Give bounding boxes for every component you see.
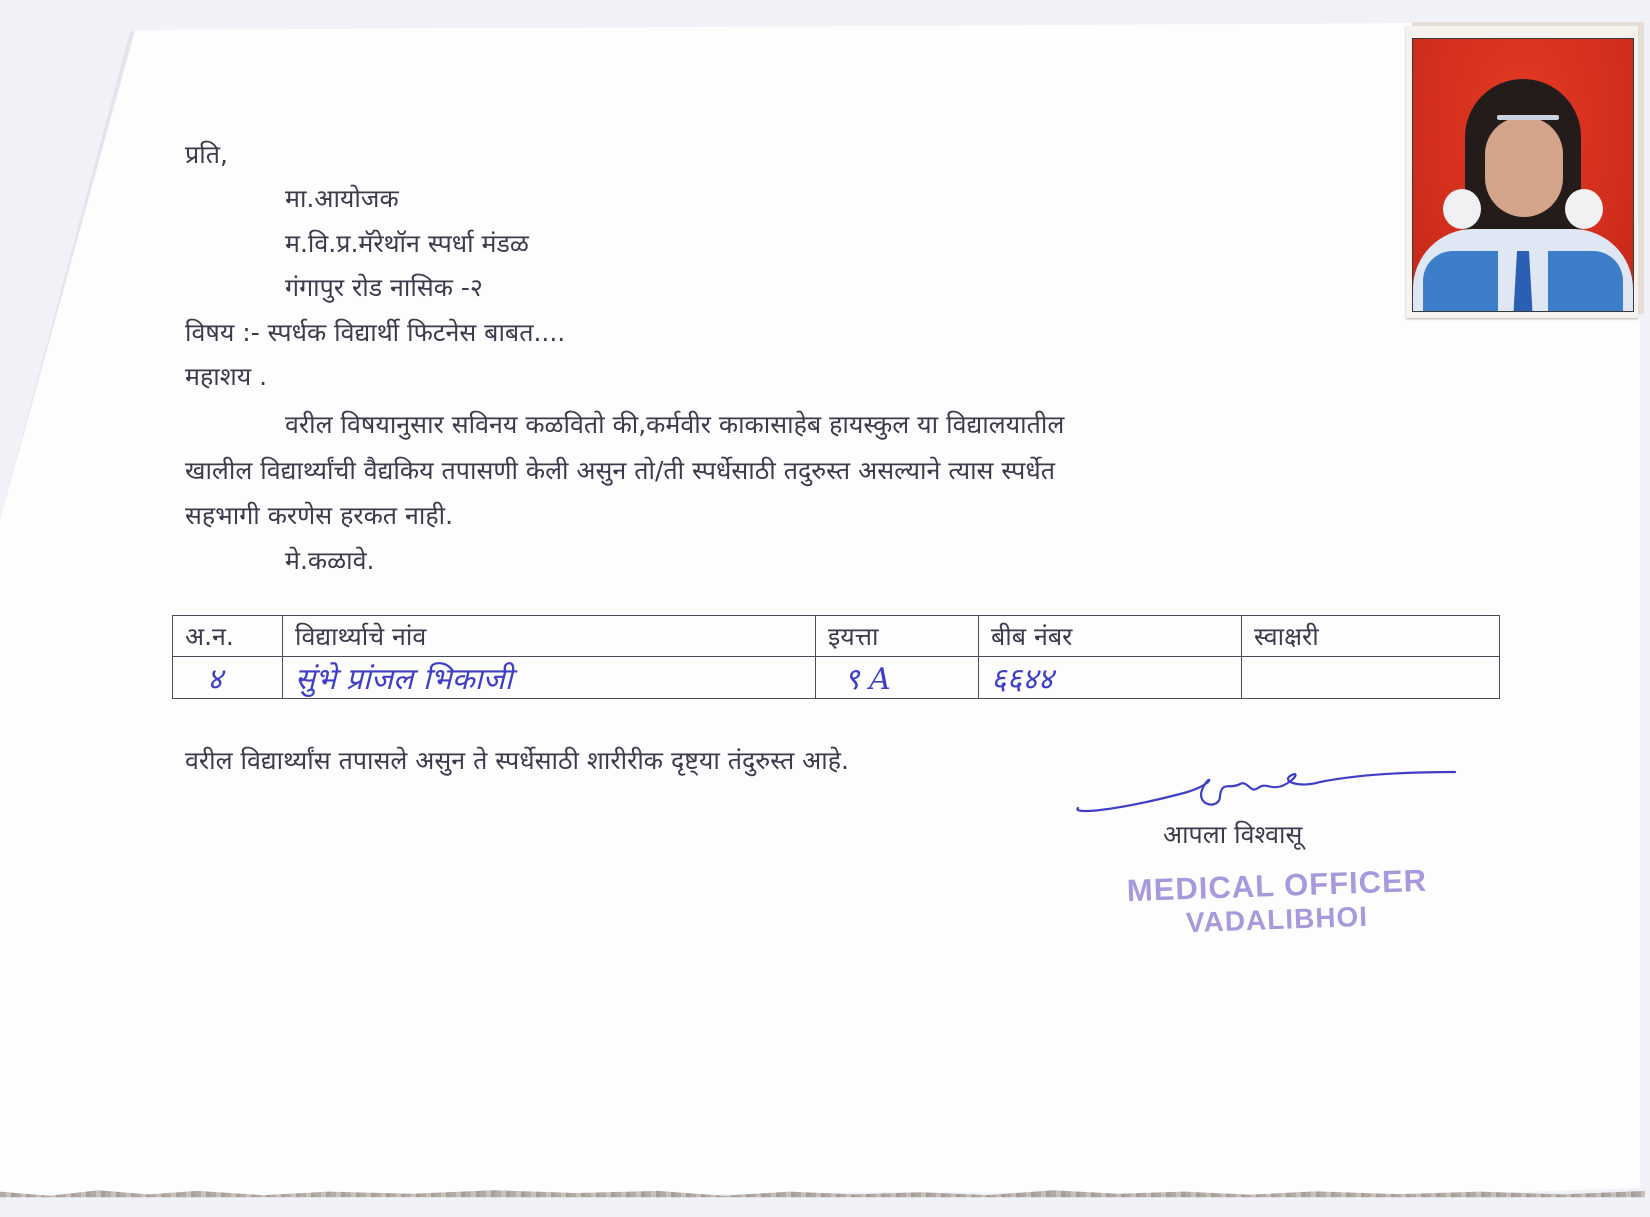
header-signature: स्वाक्षरी [1242, 616, 1500, 657]
table-header-row: अ.न. विद्यार्थ्याचे नांव इयत्ता बीब नंबर… [173, 616, 1500, 657]
table-row: ४ सुंभे प्रांजल भिकाजी ९ A ६६४४ [173, 657, 1500, 699]
closing-note: मे.कळावे. [285, 548, 374, 573]
header-student-name: विद्यार्थ्याचे नांव [283, 616, 816, 657]
header-serial-no: अ.न. [173, 616, 283, 657]
cell-bib-number: ६६४४ [979, 657, 1242, 699]
body-line-2: खालील विद्यार्थ्यांची वैद्यकिय तपासणी के… [185, 458, 1055, 483]
student-photo-mount [1406, 26, 1638, 318]
body-line-1: वरील विषयानुसार सविनय कळवितो की,कर्मवीर … [285, 412, 1064, 437]
greeting: महाशय . [185, 364, 267, 389]
address-line-3: गंगापुर रोड नासिक -२ [285, 275, 483, 300]
cell-student-name: सुंभे प्रांजल भिकाजी [283, 657, 816, 699]
cell-class: ९ A [816, 657, 979, 699]
cell-signature [1242, 657, 1500, 699]
student-fitness-table: अ.न. विद्यार्थ्याचे नांव इयत्ता बीब नंबर… [172, 615, 1500, 699]
sign-off: आपला विश्वासू [1163, 822, 1302, 847]
letter-paper [0, 0, 1650, 1217]
subject-line: विषय :- स्पर्धक विद्यार्थी फिटनेस बाबत..… [185, 320, 565, 345]
address-line-2: म.वि.प्र.मॅरेथॉन स्पर्धा मंडळ [285, 231, 529, 256]
doctor-signature [1070, 760, 1460, 820]
student-photo [1412, 38, 1634, 312]
salutation-to: प्रति, [185, 142, 228, 167]
body-line-3: सहभागी करणेस हरकत नाही. [185, 503, 453, 528]
cell-serial-no: ४ [173, 657, 283, 699]
address-line-1: मा.आयोजक [285, 186, 399, 211]
header-class: इयत्ता [816, 616, 979, 657]
header-bib-number: बीब नंबर [979, 616, 1242, 657]
certification-line: वरील विद्यार्थ्यांस तपासले असुन ते स्पर्… [185, 748, 849, 773]
